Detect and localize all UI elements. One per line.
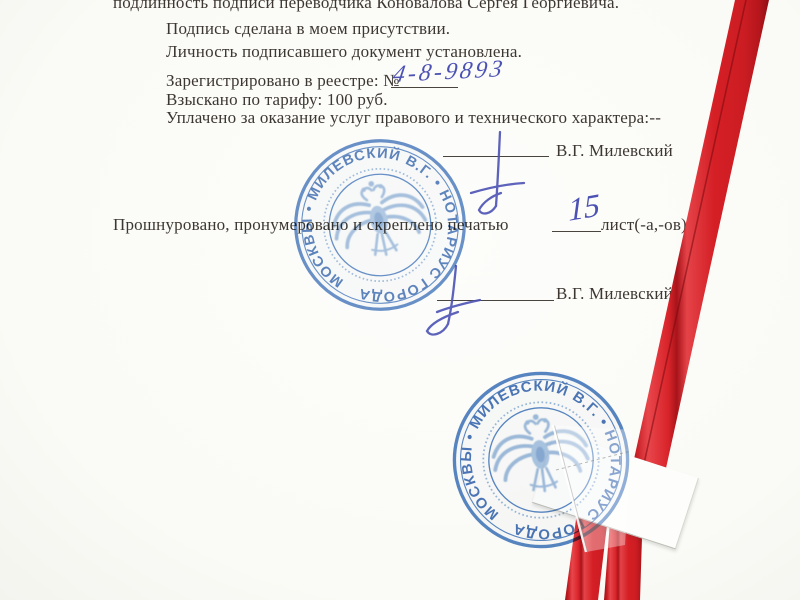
notary-name-2: В.Г. Милевский — [556, 284, 673, 304]
presence-line: Подпись сделана в моем присутствии. — [166, 19, 450, 39]
notary-stamp-lower — [417, 336, 664, 583]
notary-name-1: В.Г. Милевский — [556, 141, 673, 161]
tariff-line: Взыскано по тарифу: 100 руб. — [166, 90, 388, 110]
scanned-notary-document-page: МОСКВЫ • МИЛЕВСКИЙ В.Г. • НОТАРИУС ГОРОД… — [0, 0, 800, 600]
stitched-line-after: лист(-а,-ов). — [601, 215, 691, 235]
registry-number-handwritten: 4-8-9893 — [391, 56, 507, 89]
sheet-count-blank — [552, 231, 601, 232]
notary-stamp-upper — [252, 97, 508, 353]
sheet-count-handwritten: 15 — [568, 186, 601, 229]
certification-line: подлинность подписи переводчика Коновало… — [113, 0, 619, 13]
registry-label: Зарегистрировано в реестре: № — [166, 71, 400, 91]
